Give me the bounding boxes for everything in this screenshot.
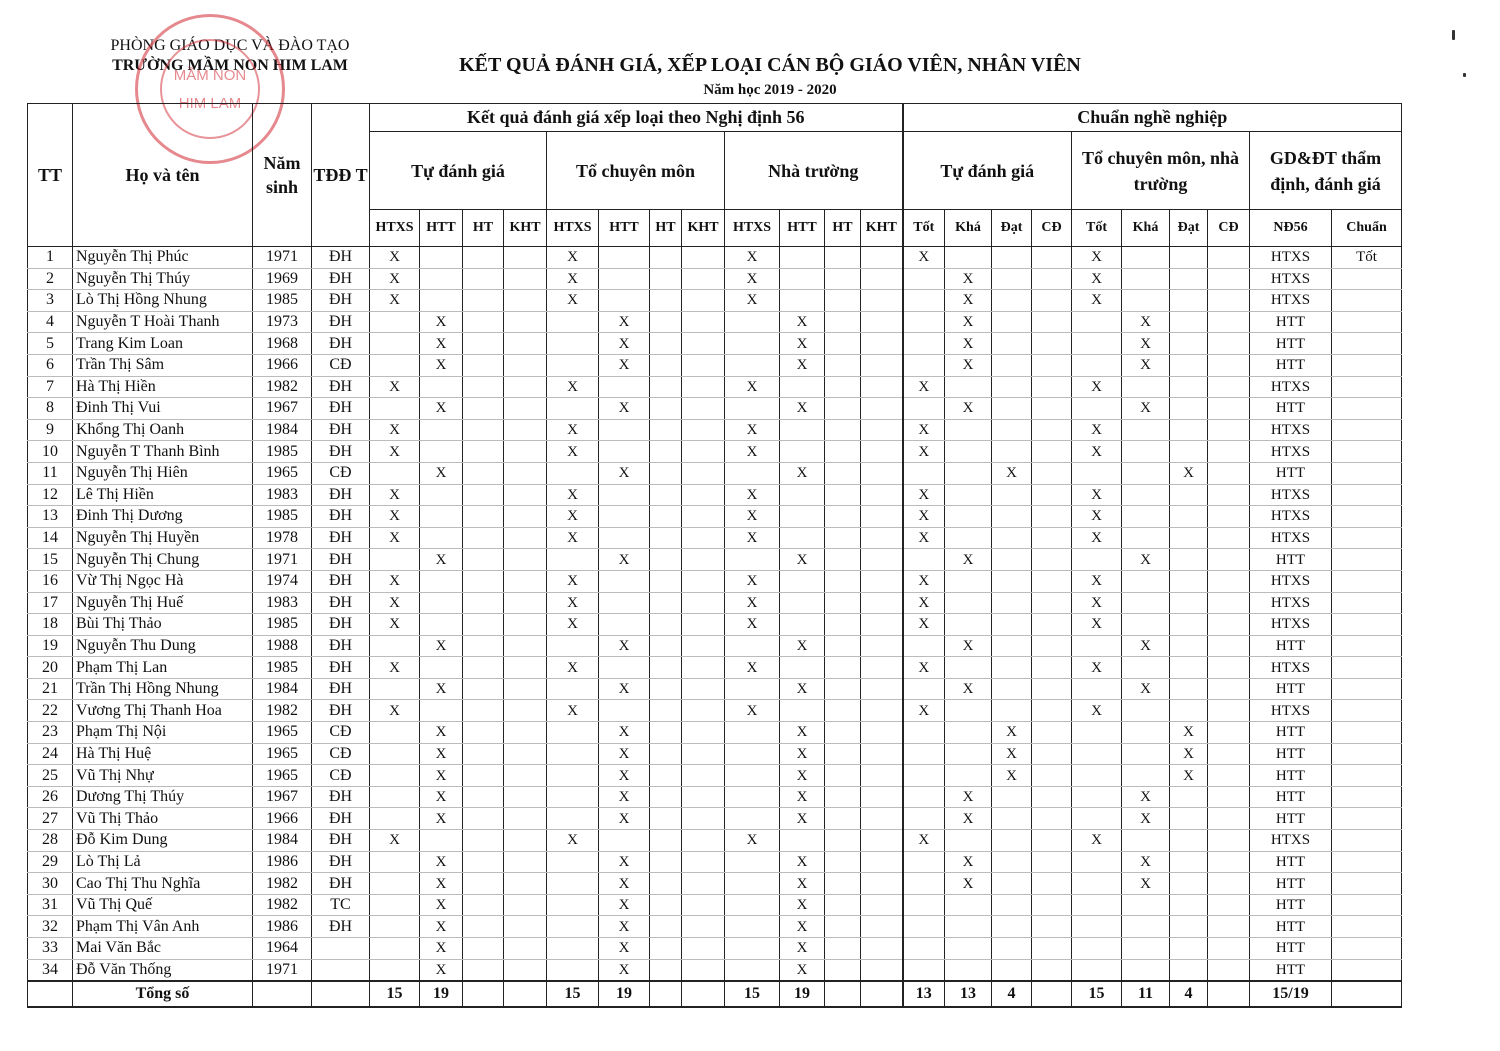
header-self-eval: Tự đánh giá: [370, 132, 547, 210]
nd56-mark-cell: [780, 830, 825, 852]
degree: ĐH: [312, 786, 370, 808]
dept-standard-mark-cell: [1170, 786, 1208, 808]
nd56-mark-cell: [650, 247, 682, 269]
nd56-mark-cell: [504, 765, 547, 787]
nd56-mark-cell: [682, 549, 725, 571]
self-standard-mark-cell: [992, 851, 1032, 873]
staff-name: Nguyễn Thị Chung: [73, 549, 253, 571]
nd56-mark-cell: X: [599, 873, 650, 895]
nd56-mark-cell: [825, 592, 861, 614]
self-standard-mark-cell: [1032, 376, 1072, 398]
self-standard-mark-cell: [1032, 484, 1072, 506]
degree: ĐH: [312, 441, 370, 463]
gddt-nd56-result: HTT: [1250, 808, 1332, 830]
dept-standard-mark-cell: [1208, 830, 1250, 852]
nd56-mark-cell: [463, 873, 504, 895]
nd56-mark-cell: [650, 808, 682, 830]
staff-name: Lò Thị Lả: [73, 851, 253, 873]
dept-standard-mark-cell: [1208, 873, 1250, 895]
dept-standard-mark-cell: [1072, 851, 1122, 873]
dept-standard-mark-cell: [1170, 290, 1208, 312]
gddt-nd56-result: HTXS: [1250, 614, 1332, 636]
nd56-mark-cell: [420, 419, 463, 441]
nd56-mark-cell: [504, 290, 547, 312]
birth-year: 1967: [253, 398, 312, 420]
header-standard-level: Tốt: [903, 210, 945, 247]
staff-name: Mai Văn Bắc: [73, 938, 253, 960]
dept-standard-mark-cell: [1122, 743, 1170, 765]
nd56-mark-cell: [547, 765, 599, 787]
nd56-mark-cell: [682, 247, 725, 269]
gddt-nd56-result: HTT: [1250, 333, 1332, 355]
nd56-mark-cell: [682, 506, 725, 528]
nd56-mark-cell: X: [599, 851, 650, 873]
dept-standard-mark-cell: [1122, 419, 1170, 441]
nd56-mark-cell: [861, 506, 903, 528]
nd56-mark-cell: X: [599, 678, 650, 700]
gddt-standard-result: [1332, 657, 1402, 679]
header-standard-level: Đạt: [992, 210, 1032, 247]
degree: ĐH: [312, 311, 370, 333]
nd56-mark-cell: [547, 808, 599, 830]
nd56-mark-cell: [682, 441, 725, 463]
birth-year: 1985: [253, 614, 312, 636]
gddt-nd56-result: HTT: [1250, 678, 1332, 700]
self-standard-mark-cell: [903, 311, 945, 333]
birth-year: 1985: [253, 657, 312, 679]
nd56-mark-cell: [650, 419, 682, 441]
nd56-mark-cell: X: [420, 959, 463, 981]
dept-standard-mark-cell: X: [1072, 592, 1122, 614]
dept-standard-mark-cell: [1170, 333, 1208, 355]
nd56-mark-cell: [463, 268, 504, 290]
nd56-mark-cell: X: [725, 506, 780, 528]
birth-year: 1982: [253, 873, 312, 895]
dept-standard-mark-cell: [1208, 398, 1250, 420]
dept-standard-mark-cell: [1122, 462, 1170, 484]
nd56-mark-cell: [547, 938, 599, 960]
birth-year: 1986: [253, 916, 312, 938]
nd56-mark-cell: [861, 938, 903, 960]
nd56-mark-cell: [682, 376, 725, 398]
staff-name: Vương Thị Thanh Hoa: [73, 700, 253, 722]
gddt-nd56-result: HTT: [1250, 916, 1332, 938]
self-standard-mark-cell: [1032, 722, 1072, 744]
nd56-mark-cell: [370, 938, 420, 960]
nd56-mark-cell: [650, 916, 682, 938]
table-row: 30Cao Thị Thu Nghĩa1982ĐHXXXXXHTT: [28, 873, 1402, 895]
nd56-mark-cell: [725, 959, 780, 981]
header-self-standard: Tự đánh giá: [903, 132, 1072, 210]
table-row: 27Vũ Thị Thảo1966ĐHXXXXXHTT: [28, 808, 1402, 830]
nd56-mark-cell: [861, 247, 903, 269]
nd56-mark-cell: [463, 419, 504, 441]
gddt-standard-result: [1332, 916, 1402, 938]
self-standard-mark-cell: [1032, 570, 1072, 592]
self-standard-mark-cell: X: [945, 268, 992, 290]
nd56-mark-cell: X: [370, 830, 420, 852]
self-standard-mark-cell: [992, 398, 1032, 420]
degree: ĐH: [312, 419, 370, 441]
self-standard-mark-cell: [992, 441, 1032, 463]
nd56-mark-cell: [420, 268, 463, 290]
dept-standard-mark-cell: [1208, 592, 1250, 614]
nd56-mark-cell: [504, 376, 547, 398]
birth-year: 1965: [253, 743, 312, 765]
gddt-nd56-result: HTXS: [1250, 506, 1332, 528]
dept-standard-mark-cell: [1208, 722, 1250, 744]
dept-standard-mark-cell: X: [1072, 570, 1122, 592]
birth-year: 1985: [253, 506, 312, 528]
staff-name: Bùi Thị Thảo: [73, 614, 253, 636]
nd56-mark-cell: X: [370, 268, 420, 290]
gddt-nd56-result: HTT: [1250, 873, 1332, 895]
dept-standard-mark-cell: [1208, 462, 1250, 484]
dept-standard-mark-cell: [1208, 700, 1250, 722]
nd56-mark-cell: X: [725, 419, 780, 441]
dept-standard-mark-cell: [1208, 786, 1250, 808]
nd56-mark-cell: X: [725, 527, 780, 549]
nd56-mark-cell: [599, 592, 650, 614]
nd56-mark-cell: X: [599, 462, 650, 484]
nd56-mark-cell: X: [725, 570, 780, 592]
self-standard-mark-cell: [992, 549, 1032, 571]
nd56-mark-cell: [825, 700, 861, 722]
nd56-mark-cell: X: [420, 743, 463, 765]
row-number: 26: [28, 786, 73, 808]
nd56-mark-cell: X: [547, 657, 599, 679]
dept-standard-mark-cell: [1122, 570, 1170, 592]
nd56-mark-cell: [599, 441, 650, 463]
nd56-mark-cell: X: [370, 484, 420, 506]
nd56-mark-cell: X: [420, 678, 463, 700]
nd56-mark-cell: [463, 635, 504, 657]
table-row: 22Vương Thị Thanh Hoa1982ĐHXXXXXHTXS: [28, 700, 1402, 722]
nd56-mark-cell: [370, 722, 420, 744]
self-standard-mark-cell: [903, 851, 945, 873]
self-standard-mark-cell: X: [903, 700, 945, 722]
nd56-mark-cell: X: [780, 873, 825, 895]
nd56-mark-cell: [650, 333, 682, 355]
nd56-mark-cell: [780, 290, 825, 312]
nd56-mark-cell: [861, 419, 903, 441]
self-standard-mark-cell: [992, 614, 1032, 636]
nd56-mark-cell: X: [547, 614, 599, 636]
dept-standard-mark-cell: X: [1072, 700, 1122, 722]
row-number: 32: [28, 916, 73, 938]
table-row: 3Lò Thị Hồng Nhung1985ĐHXXXXXHTXS: [28, 290, 1402, 312]
self-standard-mark-cell: [945, 484, 992, 506]
self-standard-mark-cell: X: [992, 743, 1032, 765]
nd56-mark-cell: [780, 527, 825, 549]
birth-year: 1971: [253, 959, 312, 981]
self-standard-mark-cell: [1032, 549, 1072, 571]
gddt-standard-result: Tốt: [1332, 247, 1402, 269]
dept-standard-mark-cell: X: [1122, 678, 1170, 700]
dept-standard-mark-cell: [1072, 873, 1122, 895]
self-standard-mark-cell: [945, 722, 992, 744]
nd56-mark-cell: [420, 247, 463, 269]
header-degree: TĐĐ T: [312, 104, 370, 247]
staff-name: Nguyễn Thị Huế: [73, 592, 253, 614]
self-standard-mark-cell: [1032, 743, 1072, 765]
self-standard-mark-cell: [945, 614, 992, 636]
dept-standard-mark-cell: [1170, 247, 1208, 269]
dept-standard-mark-cell: [1170, 873, 1208, 895]
self-standard-mark-cell: [903, 959, 945, 981]
nd56-mark-cell: X: [547, 570, 599, 592]
header-level-htt: HTT: [599, 210, 650, 247]
nd56-mark-cell: [650, 722, 682, 744]
self-standard-mark-cell: [903, 333, 945, 355]
dept-standard-mark-cell: [1208, 635, 1250, 657]
nd56-mark-cell: [504, 938, 547, 960]
nd56-mark-cell: [682, 484, 725, 506]
nd56-mark-cell: [861, 333, 903, 355]
gddt-standard-result: [1332, 894, 1402, 916]
self-standard-mark-cell: X: [903, 570, 945, 592]
header-level-htt: HTT: [420, 210, 463, 247]
self-standard-mark-cell: [945, 247, 992, 269]
nd56-mark-cell: [780, 700, 825, 722]
self-standard-mark-cell: [1032, 247, 1072, 269]
header-nd56-group: Kết quả đánh giá xếp loại theo Nghị định…: [370, 104, 903, 132]
nd56-mark-cell: [420, 290, 463, 312]
dept-standard-mark-cell: [1122, 765, 1170, 787]
dept-standard-mark-cell: [1208, 311, 1250, 333]
row-number: 30: [28, 873, 73, 895]
total-value: 19: [420, 981, 463, 1007]
nd56-mark-cell: [420, 700, 463, 722]
dept-standard-mark-cell: [1208, 376, 1250, 398]
gddt-nd56-result: HTXS: [1250, 700, 1332, 722]
nd56-mark-cell: [420, 376, 463, 398]
table-row: 29Lò Thị Lả1986ĐHXXXXXHTT: [28, 851, 1402, 873]
table-row: 14Nguyễn Thị Huyền1978ĐHXXXXXHTXS: [28, 527, 1402, 549]
self-standard-mark-cell: X: [945, 635, 992, 657]
total-value: [861, 981, 903, 1007]
self-standard-mark-cell: [992, 938, 1032, 960]
nd56-mark-cell: [463, 743, 504, 765]
nd56-mark-cell: [420, 592, 463, 614]
dept-standard-mark-cell: [1072, 635, 1122, 657]
nd56-mark-cell: X: [370, 592, 420, 614]
dept-standard-mark-cell: X: [1072, 657, 1122, 679]
row-number: 2: [28, 268, 73, 290]
header-level-ht: HT: [825, 210, 861, 247]
self-standard-mark-cell: X: [903, 614, 945, 636]
total-value: 4: [1170, 981, 1208, 1007]
dept-standard-mark-cell: [1170, 376, 1208, 398]
birth-year: 1966: [253, 808, 312, 830]
gddt-nd56-result: HTT: [1250, 311, 1332, 333]
birth-year: 1982: [253, 376, 312, 398]
self-standard-mark-cell: [903, 722, 945, 744]
nd56-mark-cell: [682, 700, 725, 722]
nd56-mark-cell: [504, 635, 547, 657]
nd56-mark-cell: [682, 570, 725, 592]
dept-standard-mark-cell: [1170, 678, 1208, 700]
self-standard-mark-cell: [1032, 851, 1072, 873]
nd56-mark-cell: [682, 614, 725, 636]
nd56-mark-cell: X: [599, 894, 650, 916]
table-row: 7Hà Thị Hiền1982ĐHXXXXXHTXS: [28, 376, 1402, 398]
nd56-mark-cell: [780, 614, 825, 636]
nd56-mark-cell: [825, 247, 861, 269]
header-dept-school-standard: Tổ chuyên môn, nhà trường: [1072, 132, 1250, 210]
dept-standard-mark-cell: [1170, 894, 1208, 916]
staff-name: Trần Thị Hồng Nhung: [73, 678, 253, 700]
nd56-mark-cell: [861, 851, 903, 873]
degree: ĐH: [312, 527, 370, 549]
nd56-mark-cell: [825, 938, 861, 960]
nd56-mark-cell: [420, 614, 463, 636]
header-gddt-col: Chuẩn: [1332, 210, 1402, 247]
nd56-mark-cell: [825, 333, 861, 355]
birth-year: 1983: [253, 592, 312, 614]
degree: ĐH: [312, 570, 370, 592]
nd56-mark-cell: [504, 311, 547, 333]
nd56-mark-cell: [650, 635, 682, 657]
total-empty: [28, 981, 73, 1007]
self-standard-mark-cell: [1032, 959, 1072, 981]
dept-standard-mark-cell: [1122, 938, 1170, 960]
nd56-mark-cell: [504, 678, 547, 700]
self-standard-mark-cell: [1032, 786, 1072, 808]
row-number: 31: [28, 894, 73, 916]
nd56-mark-cell: [861, 290, 903, 312]
nd56-mark-cell: [825, 657, 861, 679]
self-standard-mark-cell: [903, 894, 945, 916]
nd56-mark-cell: X: [780, 678, 825, 700]
nd56-mark-cell: [861, 592, 903, 614]
gddt-standard-result: [1332, 268, 1402, 290]
degree: CĐ: [312, 462, 370, 484]
table-row: 17Nguyễn Thị Huế1983ĐHXXXXXHTXS: [28, 592, 1402, 614]
self-standard-mark-cell: [945, 916, 992, 938]
dept-standard-mark-cell: [1170, 916, 1208, 938]
table-row: 5Trang Kim Loan1968ĐHXXXXXHTT: [28, 333, 1402, 355]
self-standard-mark-cell: [903, 678, 945, 700]
staff-name: Nguyễn T Thanh Bình: [73, 441, 253, 463]
nd56-mark-cell: X: [420, 894, 463, 916]
nd56-mark-cell: [463, 527, 504, 549]
nd56-mark-cell: X: [420, 786, 463, 808]
dept-standard-mark-cell: [1122, 657, 1170, 679]
self-standard-mark-cell: [903, 765, 945, 787]
nd56-mark-cell: [463, 959, 504, 981]
nd56-mark-cell: [825, 959, 861, 981]
gddt-nd56-result: HTXS: [1250, 247, 1332, 269]
dept-standard-mark-cell: [1208, 354, 1250, 376]
dept-standard-mark-cell: [1170, 527, 1208, 549]
nd56-mark-cell: [725, 765, 780, 787]
dept-standard-mark-cell: X: [1122, 851, 1170, 873]
nd56-mark-cell: [504, 873, 547, 895]
row-number: 20: [28, 657, 73, 679]
row-number: 3: [28, 290, 73, 312]
nd56-mark-cell: [504, 592, 547, 614]
dept-standard-mark-cell: [1208, 743, 1250, 765]
nd56-mark-cell: [599, 268, 650, 290]
nd56-mark-cell: X: [370, 247, 420, 269]
nd56-mark-cell: [780, 419, 825, 441]
nd56-mark-cell: [599, 527, 650, 549]
nd56-mark-cell: [682, 462, 725, 484]
nd56-mark-cell: X: [599, 354, 650, 376]
nd56-mark-cell: [650, 678, 682, 700]
dept-standard-mark-cell: [1208, 419, 1250, 441]
header-standard-level: CĐ: [1032, 210, 1072, 247]
staff-name: Lò Thị Hồng Nhung: [73, 290, 253, 312]
dept-standard-mark-cell: [1170, 700, 1208, 722]
nd56-mark-cell: [370, 873, 420, 895]
nd56-mark-cell: X: [599, 786, 650, 808]
dept-standard-mark-cell: [1208, 938, 1250, 960]
nd56-mark-cell: [861, 462, 903, 484]
gddt-standard-result: [1332, 592, 1402, 614]
nd56-mark-cell: [725, 873, 780, 895]
dept-standard-mark-cell: [1208, 484, 1250, 506]
staff-name: Vũ Thị Thảo: [73, 808, 253, 830]
gddt-standard-result: [1332, 419, 1402, 441]
nd56-mark-cell: X: [547, 484, 599, 506]
nd56-mark-cell: X: [370, 614, 420, 636]
nd56-mark-cell: X: [370, 419, 420, 441]
dept-standard-mark-cell: [1208, 808, 1250, 830]
row-number: 25: [28, 765, 73, 787]
self-standard-mark-cell: X: [903, 247, 945, 269]
nd56-mark-cell: X: [599, 959, 650, 981]
nd56-mark-cell: [725, 333, 780, 355]
self-standard-mark-cell: X: [945, 808, 992, 830]
self-standard-mark-cell: X: [903, 376, 945, 398]
nd56-mark-cell: X: [370, 441, 420, 463]
dept-standard-mark-cell: [1122, 614, 1170, 636]
birth-year: 1965: [253, 462, 312, 484]
nd56-mark-cell: [825, 830, 861, 852]
header-level-kht: KHT: [861, 210, 903, 247]
self-standard-mark-cell: [992, 894, 1032, 916]
row-number: 27: [28, 808, 73, 830]
gddt-standard-result: [1332, 959, 1402, 981]
self-standard-mark-cell: X: [992, 765, 1032, 787]
self-standard-mark-cell: X: [945, 354, 992, 376]
total-value: 19: [780, 981, 825, 1007]
dept-standard-mark-cell: X: [1122, 333, 1170, 355]
self-standard-mark-cell: [992, 873, 1032, 895]
nd56-mark-cell: [650, 570, 682, 592]
nd56-mark-cell: [650, 786, 682, 808]
nd56-mark-cell: [463, 830, 504, 852]
nd56-mark-cell: [725, 635, 780, 657]
nd56-mark-cell: X: [370, 570, 420, 592]
nd56-mark-cell: X: [780, 851, 825, 873]
nd56-mark-cell: [463, 333, 504, 355]
table-row: 26Dương Thị Thúy1967ĐHXXXXXHTT: [28, 786, 1402, 808]
degree: ĐH: [312, 873, 370, 895]
nd56-mark-cell: [825, 527, 861, 549]
nd56-mark-cell: [650, 830, 682, 852]
header-standard-level: Khá: [945, 210, 992, 247]
nd56-mark-cell: [370, 743, 420, 765]
nd56-mark-cell: [861, 549, 903, 571]
nd56-mark-cell: [599, 657, 650, 679]
self-standard-mark-cell: X: [992, 462, 1032, 484]
gddt-nd56-result: HTXS: [1250, 657, 1332, 679]
self-standard-mark-cell: [992, 419, 1032, 441]
dept-standard-mark-cell: [1122, 527, 1170, 549]
